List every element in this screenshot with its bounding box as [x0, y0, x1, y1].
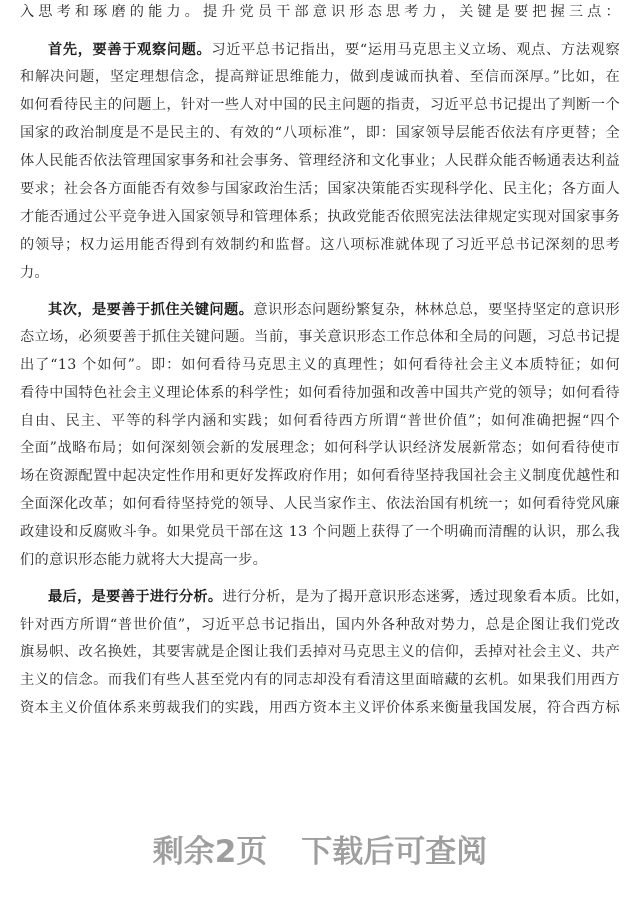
paragraph-3-heading: 最后，是要善于进行分析。	[48, 589, 222, 605]
paragraph-2-line: 态立场，必须要善于抓住关键问题。当前，事关意识形态工作总体和全局的问题，习总书记…	[20, 327, 620, 347]
paragraph-2-line: 场在资源配置中起决定性作用和更好发挥政府作用；如何看待坚持我国社会主义制度优越性…	[20, 466, 620, 486]
intro-line: 入思考和琢磨的能力。提升党员干部意识形态思考力，关键是要把握三点：	[20, 2, 620, 22]
paragraph-3-line: 资本主义价值体系来剪裁我们的实践，用西方资本主义评价体系来衡量我国发展，符合西方…	[20, 698, 620, 718]
paragraph-1-line: 体人民能否依法管理国家事务和社会事务、管理经济和文化事业；人民群众能否畅通表达利…	[20, 151, 620, 171]
paragraph-2-line: 看待中国特色社会主义理论体系的科学性；如何看待加强和改善中国共产党的领导；如何看…	[20, 383, 620, 403]
paragraph-1-heading: 首先，要善于观察问题。	[48, 42, 211, 58]
paragraph-1-line: 才能否通过公平竞争进入国家领导和管理体系；执政党能否依照宪法法律规定实现对国家事…	[20, 207, 620, 227]
paragraph-1-first-line: 首先，要善于观察问题。习近平总书记指出，要“运用马克思主义立场、观点、方法观察	[48, 40, 620, 60]
paragraph-2-line: 全面”战略布局；如何深刻领会新的发展理念；如何科学认识经济发展新常态；如何看待使…	[20, 438, 620, 458]
paragraph-2-line: 政建设和反腐败斗争。如果党员干部在这 13 个问题上获得了一个明确而清醒的认识，…	[20, 522, 620, 542]
download-to-view-text: 下载后可查阅	[301, 834, 487, 870]
paragraph-2-text: 意识形态问题纷繁复杂，林林总总，要坚持坚定的意识形	[253, 302, 620, 318]
paragraph-1-line: 要求；社会各方面能否有效参与国家政治生活；国家决策能否实现科学化、民主化；各方面…	[20, 179, 620, 199]
paragraph-1-line: 和解决问题，坚定理想信念，提高辩证思维能力，做到虔诚而执着、至信而深厚。”比如，…	[20, 67, 620, 87]
document-page: 入思考和琢磨的能力。提升党员干部意识形态思考力，关键是要把握三点： 首先，要善于…	[0, 0, 640, 913]
paragraph-3-line: 旗易帜、改名换姓，其要害就是企图让我们丢掉对马克思主义的信仰，丢掉对社会主义、共…	[20, 642, 620, 662]
paragraph-3-text: 进行分析，是为了揭开意识形态迷雾，透过现象看本质。比如，	[222, 589, 629, 605]
remaining-pages-text: 剩余2页	[153, 834, 268, 870]
paragraph-3-line: 针对西方所谓“普世价值”，习近平总书记指出，国内外各种敌对势力，总是企图让我们党…	[20, 615, 620, 635]
paragraph-2-first-line: 其次，是要善于抓住关键问题。意识形态问题纷繁复杂，林林总总，要坚持坚定的意识形	[48, 300, 620, 320]
paragraph-2-line: 自由、民主、平等的科学内涵和实践；如何看待西方所谓“普世价值”；如何准确把握“四…	[20, 411, 620, 431]
paragraph-3-first-line: 最后，是要善于进行分析。进行分析，是为了揭开意识形态迷雾，透过现象看本质。比如，	[48, 587, 620, 607]
paragraph-1-line: 如何看待民主的问题上，针对一些人对中国的民主问题的指责，习近平总书记提出了判断一…	[20, 95, 620, 115]
paragraph-1-line: 的领导；权力运用能否得到有效制约和监督。这八项标准就体现了习近平总书记深刻的思考	[20, 235, 620, 255]
paragraph-2-line: 全面深化改革；如何看待坚持党的领导、人民当家作主、依法治国有机统一；如何看待党风…	[20, 494, 620, 514]
paragraph-2-heading: 其次，是要善于抓住关键问题。	[48, 302, 253, 318]
paragraph-2-line: 出了“13 个如何”。即：如何看待马克思主义的真理性；如何看待社会主义本质特征；…	[20, 355, 620, 375]
paragraph-1-line: 国家的政治制度是不是民主的、有效的“八项标准”，即：国家领导层能否依法有序更替；…	[20, 123, 620, 143]
paragraph-3-line: 主义的信念。而我们有些人甚至党内有的同志却没有看清这里面暗藏的玄机。如果我们用西…	[20, 670, 620, 690]
paragraph-2-line: 们的意识形态能力就将大大提高一步。	[20, 550, 620, 570]
remaining-pages-watermark: 剩余2页下载后可查阅	[0, 826, 640, 871]
paragraph-1-line: 力。	[20, 263, 620, 283]
paragraph-1-text: 习近平总书记指出，要“运用马克思主义立场、观点、方法观察	[211, 42, 620, 58]
